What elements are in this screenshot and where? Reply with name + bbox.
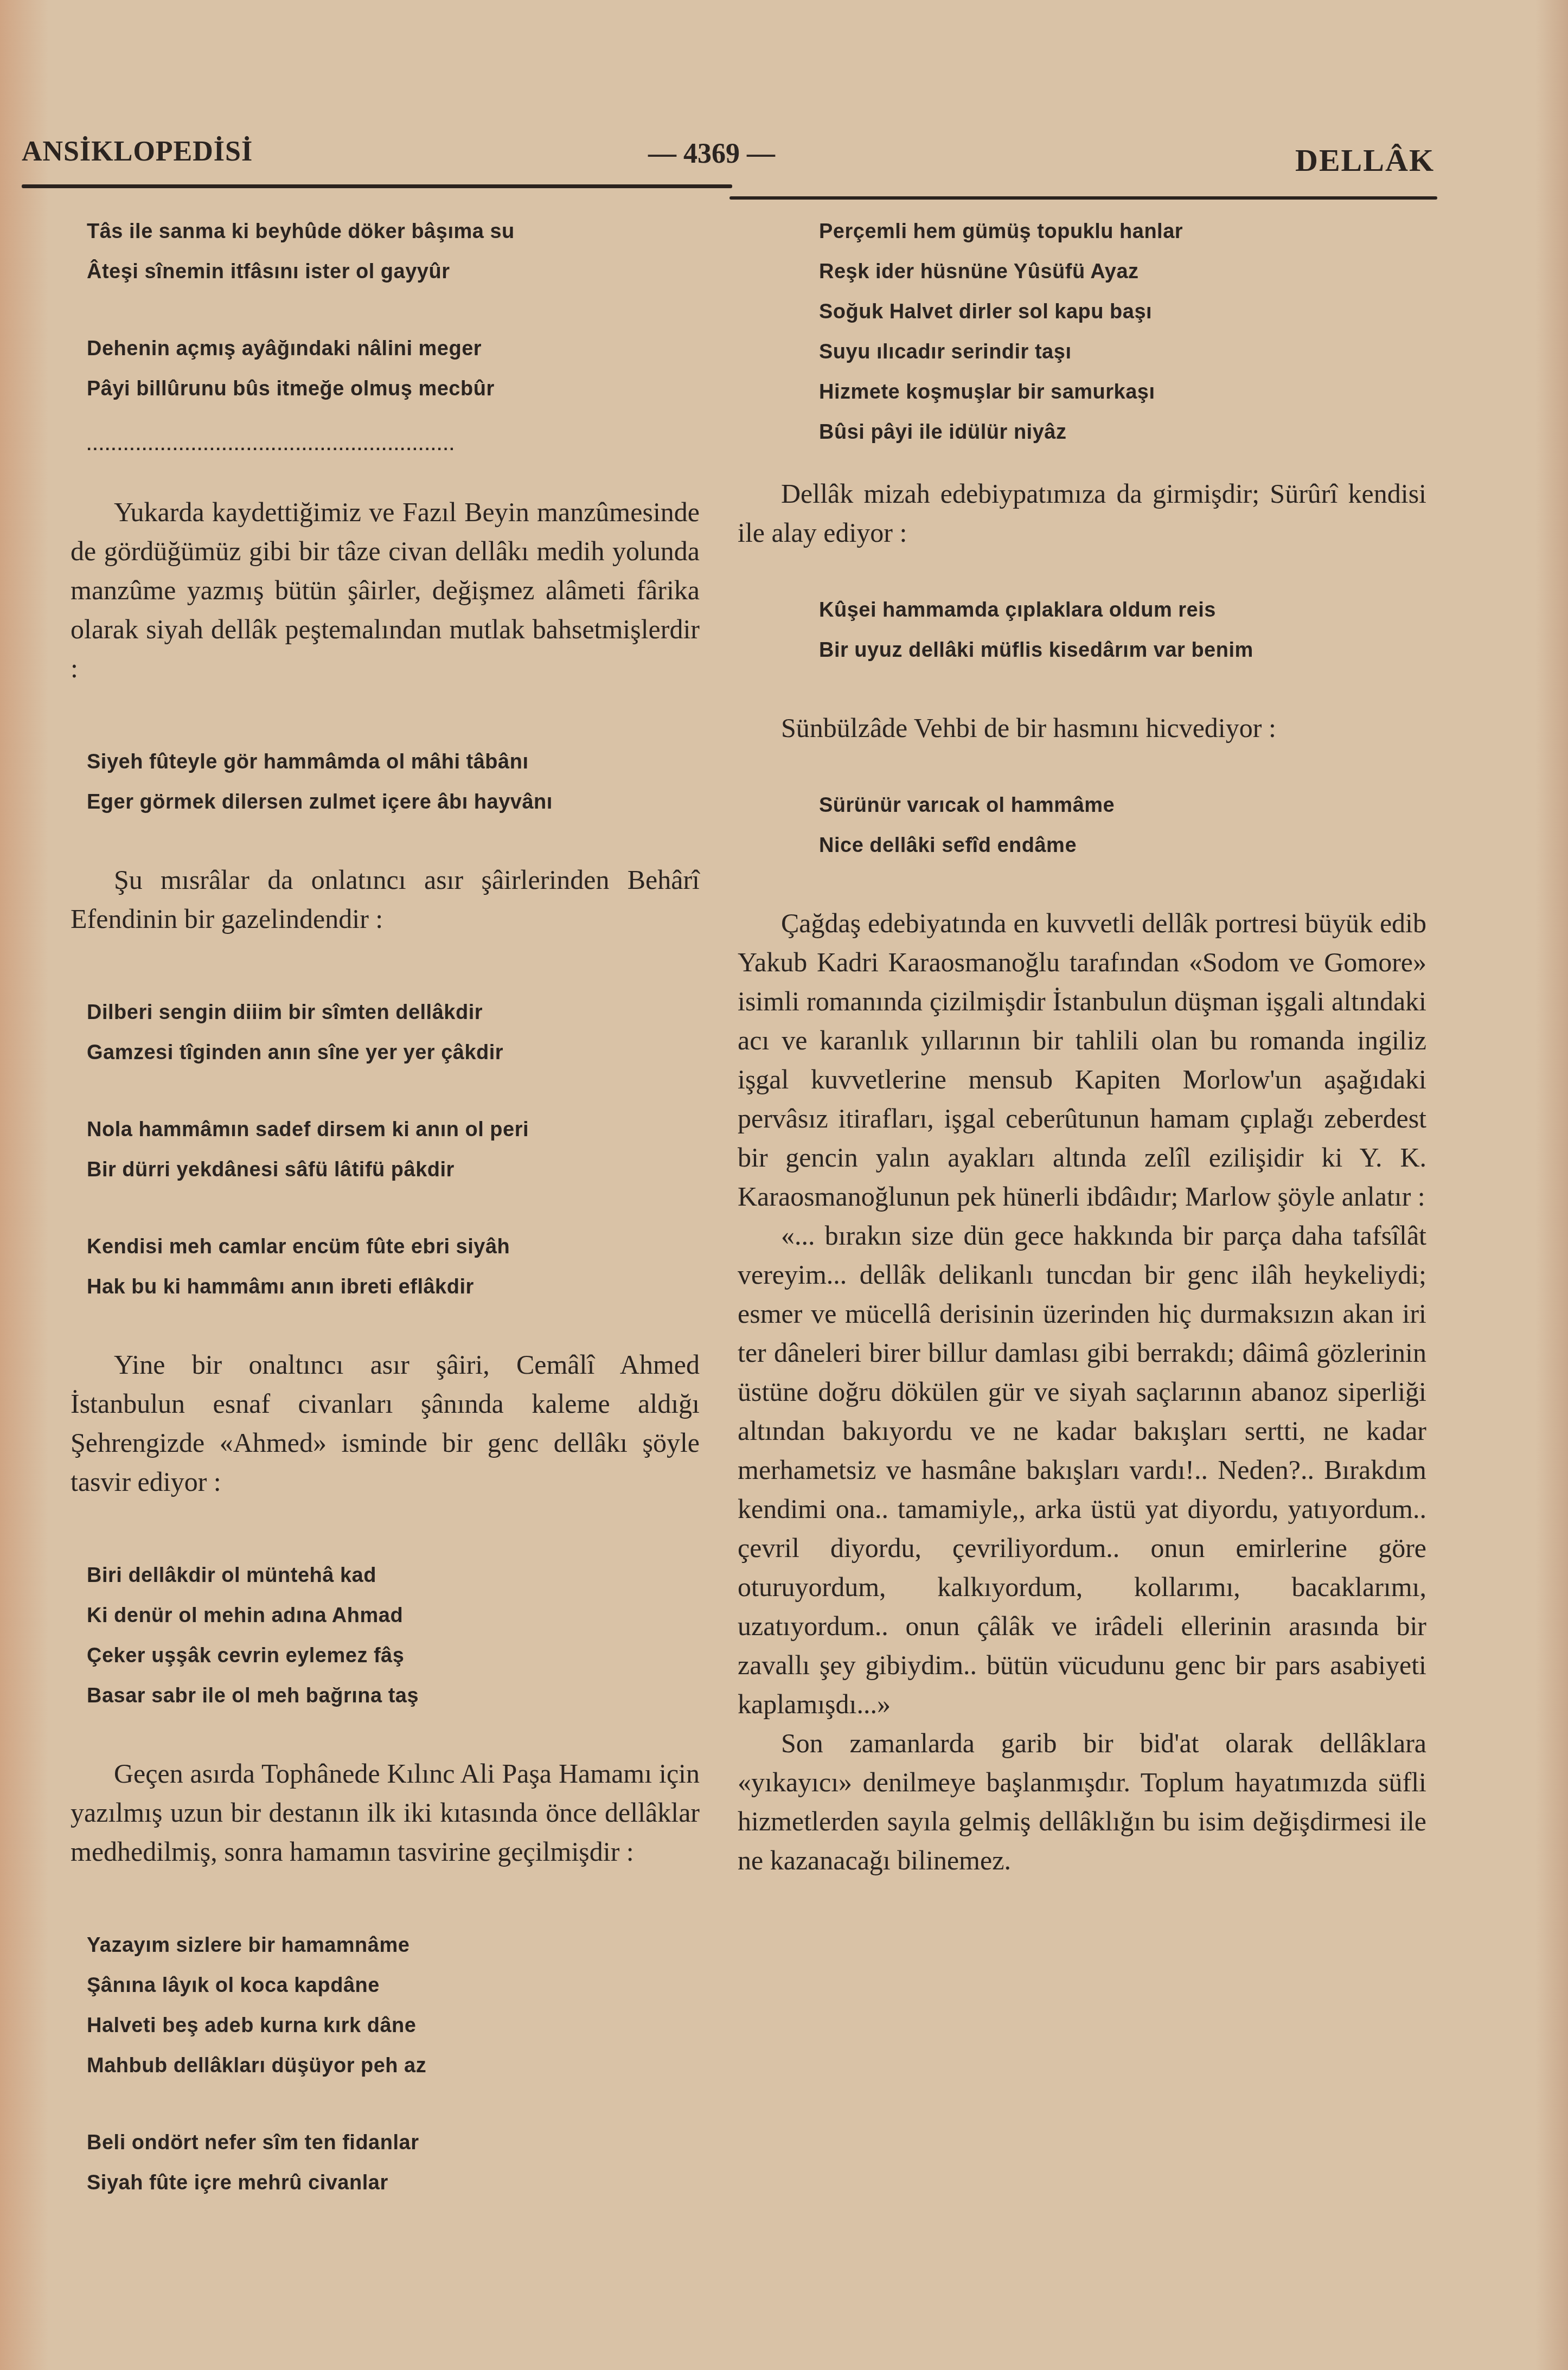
verse-line: Halveti beş adeb kurna kırk dâne bbox=[87, 2006, 700, 2046]
verse-line: Ki denür ol mehin adına Ahmad bbox=[87, 1596, 700, 1636]
verse-line: Tâs ile sanma ki beyhûde döker bâşıma su bbox=[87, 212, 700, 252]
verse-line: Hizmete koşmuşlar bir samurkaşı bbox=[819, 372, 1426, 412]
verse-block: Biri dellâkdir ol müntehâ kad Ki denür o… bbox=[71, 1555, 700, 1716]
verse-block: Perçemli hem gümüş topuklu hanlar Reşk i… bbox=[738, 212, 1426, 452]
verse-stanza: Tâs ile sanma ki beyhûde döker bâşıma su… bbox=[87, 212, 700, 292]
verse-line: Şânına lâyık ol koca kapdâne bbox=[87, 1965, 700, 2006]
paragraph: Geçen asırda Tophânede Kılınc Ali Paşa H… bbox=[71, 1754, 700, 1871]
running-header: ANSİKLOPEDİSİ — 4369 — DELLÂK bbox=[22, 130, 1437, 174]
verse-line: Bir dürri yekdânesi sâfü lâtifü pâkdir bbox=[87, 1150, 700, 1190]
verse-block: Kûşei hammamda çıplaklara oldum reis Bir… bbox=[738, 590, 1426, 670]
verse-line: Âteşi sînemin itfâsını ister ol gayyûr bbox=[87, 252, 700, 292]
paragraph: Dellâk mizah edebiypatımıza da girmişdir… bbox=[738, 474, 1426, 552]
verse-stanza: Dilberi sengin diiim bir sîmten dellâkdi… bbox=[87, 992, 700, 1073]
verse-line: Biri dellâkdir ol müntehâ kad bbox=[87, 1555, 700, 1596]
verse-line: Siyah fûte içre mehrû civanlar bbox=[87, 2163, 700, 2203]
verse-stanza: Nola hammâmın sadef dirsem ki anın ol pe… bbox=[87, 1110, 700, 1190]
verse-line: Dilberi sengin diiim bir sîmten dellâkdi… bbox=[87, 992, 700, 1033]
verse-line: Kendisi meh camlar encüm fûte ebri siyâh bbox=[87, 1227, 700, 1267]
verse-line: Suyu ılıcadır serindir taşı bbox=[819, 332, 1426, 372]
verse-block: Tâs ile sanma ki beyhûde döker bâşıma su… bbox=[71, 212, 700, 409]
verse-line: Mahbub dellâkları düşüyor peh az bbox=[87, 2046, 700, 2086]
left-column: Tâs ile sanma ki beyhûde döker bâşıma su… bbox=[71, 212, 700, 2203]
quotation-paragraph: «... bırakın size dün gece hakkında bir … bbox=[738, 1216, 1426, 1724]
verse-line: Nola hammâmın sadef dirsem ki anın ol pe… bbox=[87, 1110, 700, 1150]
verse-line: Beli ondört nefer sîm ten fidanlar bbox=[87, 2123, 700, 2163]
verse-line: Hak bu ki hammâmı anın ibreti eflâkdir bbox=[87, 1267, 700, 1307]
paragraph: Yukarda kaydettiğimiz ve Fazıl Beyin man… bbox=[71, 492, 700, 688]
verse-stanza: Kendisi meh camlar encüm fûte ebri siyâh… bbox=[87, 1227, 700, 1307]
verse-line: Pâyi billûrunu bûs itmeğe olmuş mecbûr bbox=[87, 369, 700, 409]
verse-line: Bir uyuz dellâki müflis kisedârım var be… bbox=[819, 630, 1426, 670]
right-column: Perçemli hem gümüş topuklu hanlar Reşk i… bbox=[738, 212, 1426, 1880]
verse-line: Siyeh fûteyle gör hammâmda ol mâhi tâbân… bbox=[87, 742, 700, 782]
verse-line: Basar sabr ile ol meh bağrına taş bbox=[87, 1676, 700, 1716]
verse-stanza: Yazayım sizlere bir hamamnâme Şânına lây… bbox=[87, 1925, 700, 2086]
verse-line: Sürünür varıcak ol hammâme bbox=[819, 785, 1426, 825]
verse-line: Eger görmek dilersen zulmet içere âbı ha… bbox=[87, 782, 700, 822]
verse-stanza: Beli ondört nefer sîm ten fidanlar Siyah… bbox=[87, 2123, 700, 2203]
paragraph: Sünbülzâde Vehbi de bir hasmını hicvediy… bbox=[738, 708, 1426, 747]
verse-line: Soğuk Halvet dirler sol kapu başı bbox=[819, 292, 1426, 332]
ellipsis-separator: ........................................… bbox=[71, 436, 700, 454]
verse-block: Sürünür varıcak ol hammâme Nice dellâki … bbox=[738, 785, 1426, 866]
verse-block: Siyeh fûteyle gör hammâmda ol mâhi tâbân… bbox=[71, 742, 700, 822]
header-entry-title: DELLÂK bbox=[1295, 142, 1435, 178]
page-number: — 4369 — bbox=[648, 138, 775, 170]
header-rule-left bbox=[22, 184, 732, 188]
verse-block: Dilberi sengin diiim bir sîmten dellâkdi… bbox=[71, 992, 700, 1307]
verse-line: Gamzesi tîginden anın sîne yer yer çâkdi… bbox=[87, 1033, 700, 1073]
header-rule-right bbox=[729, 196, 1437, 200]
verse-line: Çeker uşşâk cevrin eylemez fâş bbox=[87, 1636, 700, 1676]
verse-line: Bûsi pâyi ile idülür niyâz bbox=[819, 412, 1426, 452]
paragraph: Şu mısrâlar da onlatıncı asır şâirlerind… bbox=[71, 860, 700, 938]
verse-stanza: Dehenin açmış ayâğındaki nâlini meger Pâ… bbox=[87, 329, 700, 409]
verse-line: Dehenin açmış ayâğındaki nâlini meger bbox=[87, 329, 700, 369]
verse-line: Kûşei hammamda çıplaklara oldum reis bbox=[819, 590, 1426, 630]
verse-line: Yazayım sizlere bir hamamnâme bbox=[87, 1925, 700, 1965]
header-publication-title: ANSİKLOPEDİSİ bbox=[22, 136, 253, 168]
paragraph: Son zamanlarda garib bir bid'at olarak d… bbox=[738, 1724, 1426, 1880]
paragraph: Yine bir onaltıncı asır şâiri, Cemâlî Ah… bbox=[71, 1345, 700, 1501]
paragraph: Çağdaş edebiyatında en kuvvetli dellâk p… bbox=[738, 904, 1426, 1216]
verse-line: Perçemli hem gümüş topuklu hanlar bbox=[819, 212, 1426, 252]
verse-line: Nice dellâki sefîd endâme bbox=[819, 825, 1426, 866]
verse-line: Reşk ider hüsnüne Yûsüfü Ayaz bbox=[819, 252, 1426, 292]
verse-block: Yazayım sizlere bir hamamnâme Şânına lây… bbox=[71, 1925, 700, 2203]
